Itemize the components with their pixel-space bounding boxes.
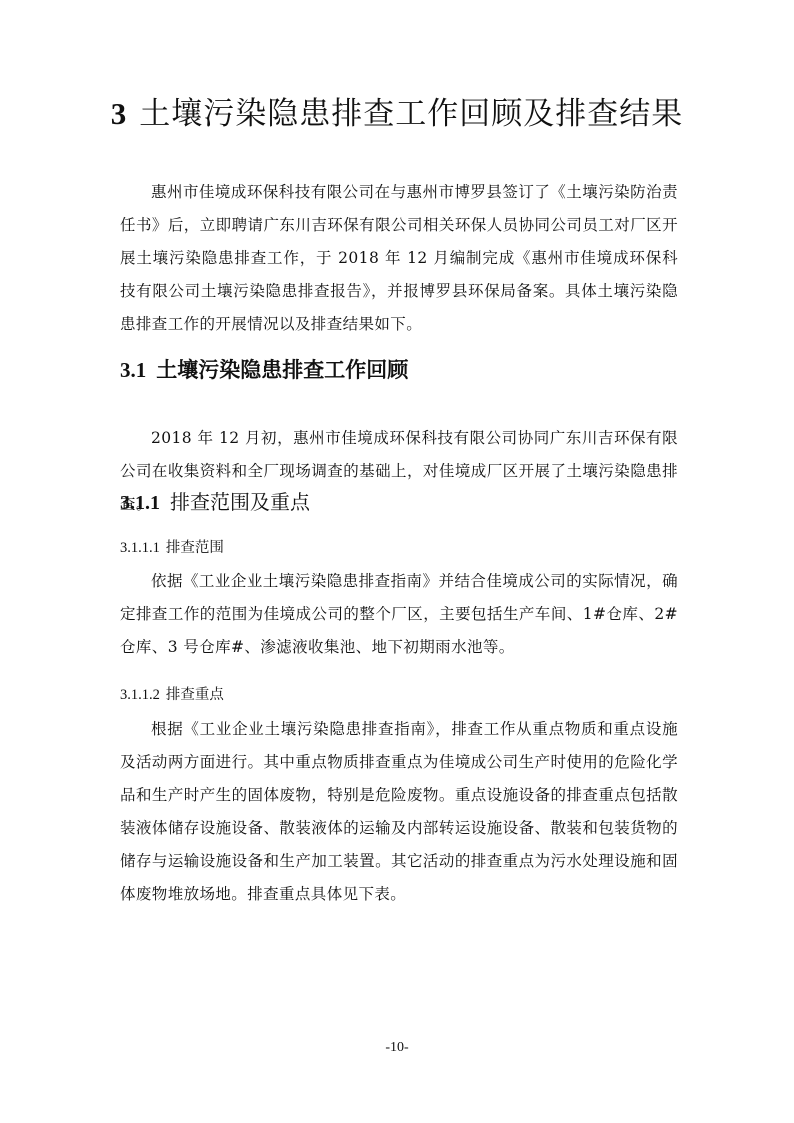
chapter-title: 土壤污染隐患排查工作回顾及排查结果 (139, 96, 683, 132)
chapter-heading: 3土壤污染隐患排查工作回顾及排查结果 (0, 94, 794, 134)
section-title: 排查范围 (166, 540, 224, 556)
section-3-1-1-1-paragraph: 依据《工业企业土壤污染隐患排查指南》并结合佳境成公司的实际情况，确定排查工作的范… (120, 565, 678, 664)
section-title: 排查范围及重点 (170, 490, 310, 514)
page-number: -10- (0, 1040, 794, 1056)
section-3-1-1-2-heading: 3.1.1.2排查重点 (120, 685, 224, 705)
section-3-1-heading: 3.1土壤污染隐患排查工作回顾 (120, 356, 408, 384)
document-page: 3土壤污染隐患排查工作回顾及排查结果 惠州市佳境成环保科技有限公司在与惠州市博罗… (0, 0, 794, 1123)
section-title: 排查重点 (166, 687, 224, 703)
section-title: 土壤污染隐患排查工作回顾 (156, 358, 408, 382)
section-number: 3.1.1 (120, 492, 160, 514)
intro-paragraph: 惠州市佳境成环保科技有限公司在与惠州市博罗县签订了《土壤污染防治责任书》后，立即… (120, 176, 678, 341)
section-3-1-1-1-heading: 3.1.1.1排查范围 (120, 538, 224, 558)
section-3-1-1-2-paragraph: 根据《工业企业土壤污染隐患排查指南》，排查工作从重点物质和重点设施及活动两方面进… (120, 713, 678, 911)
section-number: 3.1 (120, 358, 146, 382)
section-number: 3.1.1.1 (120, 540, 160, 556)
section-number: 3.1.1.2 (120, 687, 160, 703)
section-3-1-1-heading: 3.1.1排查范围及重点 (120, 488, 310, 517)
chapter-number: 3 (111, 96, 128, 131)
